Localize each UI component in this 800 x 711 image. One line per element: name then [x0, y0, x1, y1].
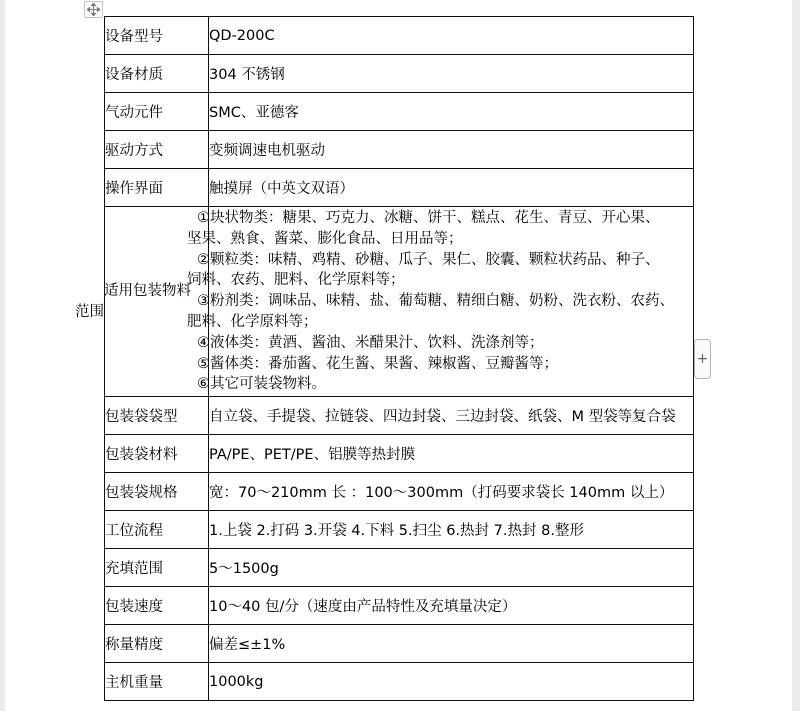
spec-value[interactable]: 1000kg	[209, 663, 694, 701]
spec-value[interactable]: 自立袋、手提袋、拉链袋、四边封袋、三边封袋、纸袋、M 型袋等复合袋	[209, 397, 694, 435]
spec-label[interactable]: 主机重量	[105, 663, 209, 701]
spec-label[interactable]: 称量精度	[105, 625, 209, 663]
page-gutter-left	[0, 0, 5, 711]
spec-label-text: 驱动方式	[105, 139, 208, 160]
spec-label-text: 气动元件	[105, 101, 208, 122]
table-row: 操作界面触摸屏（中英文双语）	[105, 169, 694, 207]
spec-value-line: ③粉剂类：调味品、味精、盐、葡萄糖、精细白糖、奶粉、洗衣粉、农药、	[197, 291, 693, 312]
spec-label[interactable]: 工位流程	[105, 511, 209, 549]
spec-value[interactable]: SMC、亚德客	[209, 93, 694, 131]
spec-value-line: 肥料、化学原料等；	[187, 312, 693, 333]
table-row: 气动元件SMC、亚德客	[105, 93, 694, 131]
spec-label-text: 操作界面	[105, 177, 208, 198]
table-row: 包装速度10～40 包/分（速度由产品特性及充填量决定）	[105, 587, 694, 625]
spec-label-text: 设备型号	[105, 25, 208, 46]
spec-label-text: 充填范围	[105, 557, 208, 578]
table-row: 设备型号QD-200C	[105, 17, 694, 55]
table-row: 包装袋材料PA/PE、PET/PE、铝膜等热封膜	[105, 435, 694, 473]
spec-value[interactable]: PA/PE、PET/PE、铝膜等热封膜	[209, 435, 694, 473]
spec-label-text: 设备材质	[105, 63, 208, 84]
page-gutter-right	[792, 0, 800, 711]
table-move-handle[interactable]	[84, 1, 103, 18]
spec-label[interactable]: 包装袋材料	[105, 435, 209, 473]
spec-label[interactable]: 气动元件	[105, 93, 209, 131]
spec-label-text: 包装袋规格	[105, 481, 208, 502]
spec-table: 设备型号QD-200C设备材质304 不锈钢气动元件SMC、亚德客驱动方式变频调…	[104, 16, 694, 701]
spec-value[interactable]: ①块状物类：糖果、巧克力、冰糖、饼干、糕点、花生、青豆、开心果、坚果、熟食、酱菜…	[209, 207, 694, 397]
spec-label-text: 包装袋袋型	[105, 405, 208, 426]
spec-label-text: 主机重量	[105, 671, 208, 692]
spec-value[interactable]: 1.上袋 2.打码 3.开袋 4.下料 5.扫尘 6.热封 7.热封 8.整形	[209, 511, 694, 549]
spec-value-line: ④液体类：黄酒、酱油、米醋果汁、饮料、洗涤剂等；	[197, 333, 693, 354]
move-icon	[87, 3, 100, 16]
spec-value-line: ⑥其它可装袋物料。	[197, 374, 693, 395]
spec-value-line: ②颗粒类：味精、鸡精、砂糖、瓜子、果仁、胶囊、颗粒状药品、种子、	[197, 250, 693, 271]
spec-label-text: 包装袋材料	[105, 443, 208, 464]
spec-label[interactable]: 充填范围	[105, 549, 209, 587]
spec-label-text: 称量精度	[105, 633, 208, 654]
spec-label[interactable]: 包装袋规格	[105, 473, 209, 511]
spec-value[interactable]: 宽：70～210mm 长 ：100～300mm（打码要求袋长 140mm 以上）	[209, 473, 694, 511]
spec-value-line: 饲料、农药、肥料、化学原料等；	[187, 270, 693, 291]
spec-label-text: 包装速度	[105, 595, 208, 616]
spec-value[interactable]: 304 不锈钢	[209, 55, 694, 93]
spec-value[interactable]: 触摸屏（中英文双语）	[209, 169, 694, 207]
spec-label[interactable]: 包装袋袋型	[105, 397, 209, 435]
add-row-button[interactable]: +	[694, 339, 711, 379]
table-row: 适用包装物料范围①块状物类：糖果、巧克力、冰糖、饼干、糕点、花生、青豆、开心果、…	[105, 207, 694, 397]
spec-label-text: 适用包装物料范围	[75, 281, 194, 323]
spec-value[interactable]: 偏差≤±1%	[209, 625, 694, 663]
spec-label[interactable]: 设备型号	[105, 17, 209, 55]
spec-value-line: ⑤酱体类：番茄酱、花生酱、果酱、辣椒酱、豆瓣酱等；	[197, 354, 693, 375]
table-row: 主机重量1000kg	[105, 663, 694, 701]
spec-label[interactable]: 包装速度	[105, 587, 209, 625]
table-row: 设备材质304 不锈钢	[105, 55, 694, 93]
spec-label[interactable]: 操作界面	[105, 169, 209, 207]
spec-value-line: ①块状物类：糖果、巧克力、冰糖、饼干、糕点、花生、青豆、开心果、	[197, 208, 693, 229]
table-row: 驱动方式变频调速电机驱动	[105, 131, 694, 169]
plus-icon: +	[697, 352, 709, 366]
spec-label-text: 工位流程	[105, 519, 208, 540]
table-row: 包装袋规格宽：70～210mm 长 ：100～300mm（打码要求袋长 140m…	[105, 473, 694, 511]
spec-label[interactable]: 设备材质	[105, 55, 209, 93]
table-row: 充填范围5～1500g	[105, 549, 694, 587]
spec-table-body: 设备型号QD-200C设备材质304 不锈钢气动元件SMC、亚德客驱动方式变频调…	[105, 17, 694, 701]
spec-value[interactable]: QD-200C	[209, 17, 694, 55]
spec-value[interactable]: 10～40 包/分（速度由产品特性及充填量决定）	[209, 587, 694, 625]
editor-canvas: 设备型号QD-200C设备材质304 不锈钢气动元件SMC、亚德客驱动方式变频调…	[0, 0, 800, 711]
table-row: 包装袋袋型自立袋、手提袋、拉链袋、四边封袋、三边封袋、纸袋、M 型袋等复合袋	[105, 397, 694, 435]
table-row: 工位流程1.上袋 2.打码 3.开袋 4.下料 5.扫尘 6.热封 7.热封 8…	[105, 511, 694, 549]
spec-value[interactable]: 5～1500g	[209, 549, 694, 587]
spec-value-line: 坚果、熟食、酱菜、膨化食品、日用品等；	[187, 229, 693, 250]
table-row: 称量精度偏差≤±1%	[105, 625, 694, 663]
spec-value[interactable]: 变频调速电机驱动	[209, 131, 694, 169]
spec-label[interactable]: 驱动方式	[105, 131, 209, 169]
